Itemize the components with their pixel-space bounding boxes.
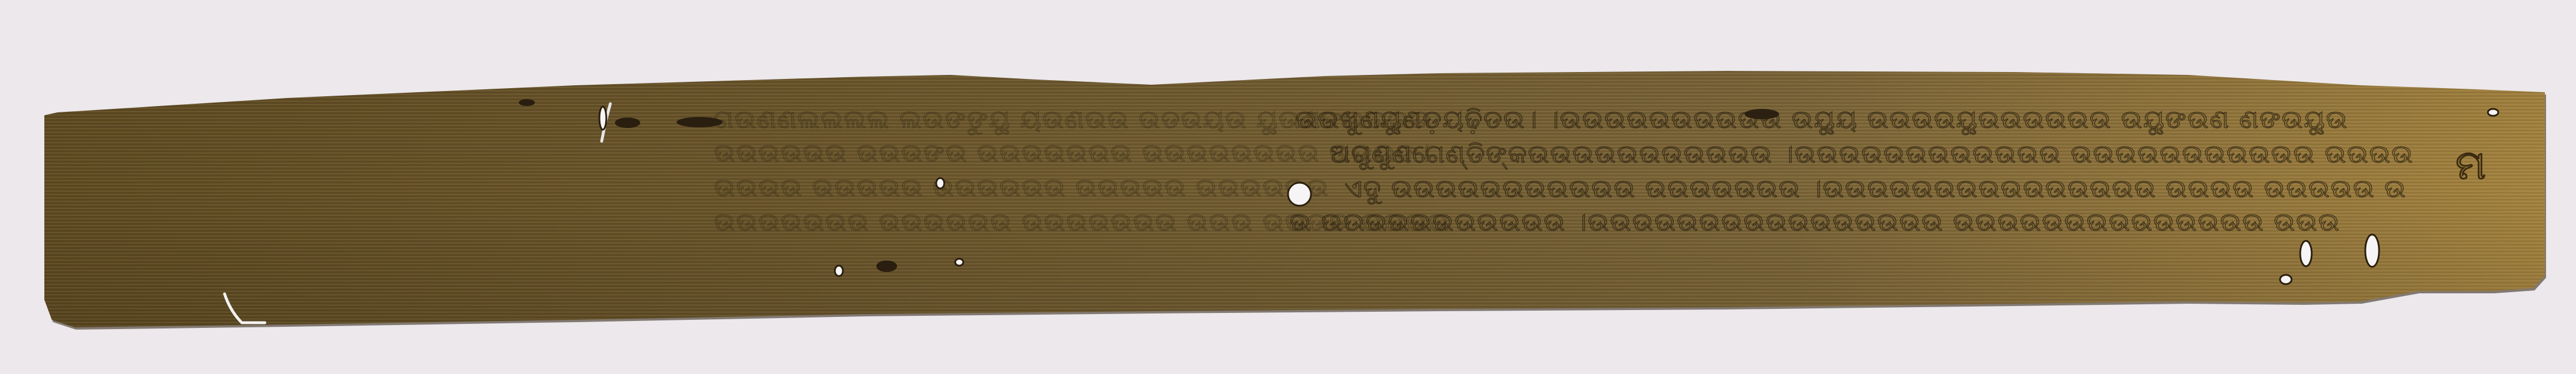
worm-hole [2488, 109, 2498, 116]
worm-hole [2365, 235, 2379, 267]
palm-leaf: ଗଉଣଣଲଲଲଲ ଲଉଙଙୁୟୁ ୟଉଣଉଉ ଉଡଉୟଉ ୟୁଉଣଙଉଉଉଉଉଉ… [0, 0, 2576, 374]
dark-stain [519, 99, 535, 106]
script-line: ଏଦୁ ଉଉଉଉଉଉଉଉଉଉଉ ଉଉଉଉଉଉଉ ।ଉଉଉଉଉଉଉଉଉଉଉଉଉଉଉ… [1344, 174, 2407, 204]
script-line: ଉଉଉଉଉଉ ଉଉଉଙଉ ଉଉଉଉଉଉଉ ଉଉଉଉଉଉଉଉ ଉଉଉଙ। [714, 138, 1431, 168]
script-line: ଉଉଉଉ ଉଉଉଉଉ ଉଉଉଉଉଉ ଉଉଉଉଉ ଉଉଉଉଉଉ [714, 173, 1329, 202]
worm-hole [835, 266, 843, 276]
worm-hole [955, 259, 963, 266]
dark-stain [615, 118, 640, 128]
worm-hole [2300, 241, 2312, 266]
string-hole [1288, 183, 1311, 206]
folio-number-mark: ମ [2456, 141, 2486, 188]
manuscript-photo: ଗଉଣଣଲଲଲଲ ଲଉଙଙୁୟୁ ୟଉଣଉଉ ଉଡଉୟଉ ୟୁଉଣଙଉଉଉଉଉଉ… [0, 0, 2576, 374]
dark-stain [876, 260, 897, 272]
script-line: ଉଉଖୁଣୟୁଣଡ଼ୟଢ଼ିଡଉ। ।ଉଉଉଉଉଉଉଉଉଉ ଉୟୁୟ ଉଉଉଉୟ… [1295, 105, 2348, 135]
worm-hole [936, 178, 944, 188]
worm-hole [599, 107, 606, 130]
worm-hole [2280, 275, 2292, 284]
script-line: ଅଗୁଣୁଣଗେଣ୍ଡିଙ୍କଉଉଉଉଉଉଉଉଉଉଉ ।ଉଉଉଉଉଉଉଉଉଉଉଉ… [1330, 139, 2414, 169]
script-line: ଉ ଉଉଉଉଉଉଉଉଉଉଉ ।ଉଉଉଉଉଉଉଉଉଉଉଉଉଉଉଉ ଉଉଉଉଉଉଉଉ… [1290, 207, 2341, 237]
